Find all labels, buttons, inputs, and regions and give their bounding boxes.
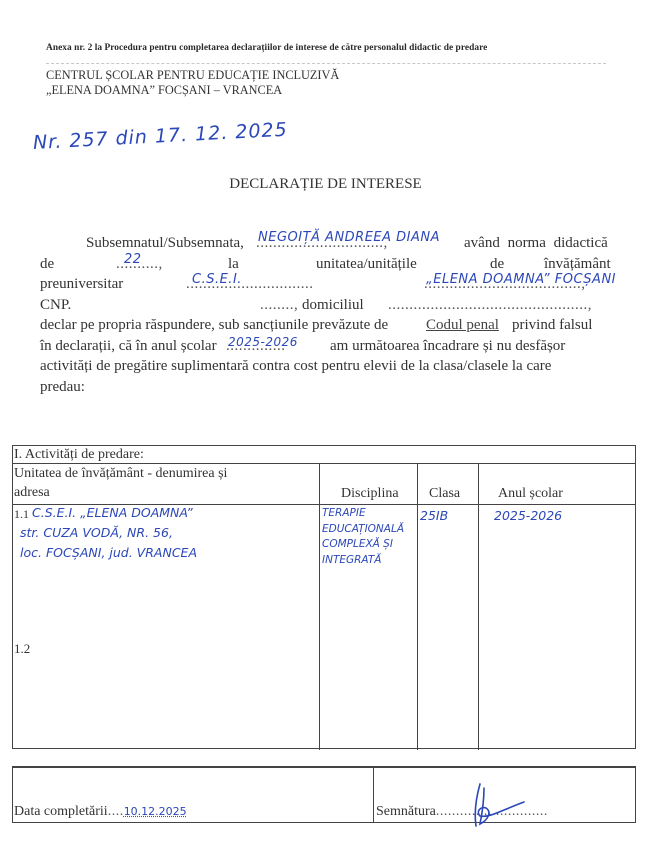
table-section-title: I. Activități de predare: (13, 446, 635, 464)
date-cell[interactable]: Data completării....10.12.2025 (13, 768, 374, 822)
org-line-2: „ELENA DOAMNA” FOCȘANI – VRANCEA (46, 83, 339, 98)
declaration-body: Subsemnatul/Subsemnata, ................… (40, 233, 618, 397)
row-1-1-school-year: 2025-2026 (494, 506, 562, 526)
am-text: am următoarea încadrare și nu desfășor (330, 336, 565, 357)
row-1-1-class: 25IB (420, 506, 448, 526)
declar-text-2: privind falsul (512, 315, 592, 336)
line-cnp: CNP. ........, domiciliul ..............… (40, 295, 618, 316)
domiciliu-field[interactable]: ........................................… (388, 295, 592, 316)
cell-unit[interactable]: 1.1 C.S.E.I. „ELENA DOAMNA” str. CUZA VO… (13, 505, 320, 750)
avand-label: având norma didactică (464, 233, 608, 254)
organization-name: CENTRUL ȘCOLAR PENTRU EDUCAȚIE INCLUZIVĂ… (46, 68, 339, 98)
unit-value-1: C.S.E.I. (192, 270, 242, 291)
divider (46, 63, 606, 64)
line-declar: declar pe propria răspundere, sub sancți… (40, 315, 618, 336)
signature-icon (440, 780, 530, 830)
line-unit: preuniversitar .........................… (40, 274, 618, 295)
cnp-label: CNP. (40, 295, 71, 316)
school-year-value: 2025-2026 (228, 332, 298, 353)
activities-table: I. Activități de predare: Unitatea de în… (12, 445, 636, 749)
unit-value-2: „ELENA DOAMNA” FOCȘANI (426, 270, 616, 291)
line-activitati: activități de pregătire suplimentară con… (40, 356, 618, 377)
col-header-discipline: Disciplina (319, 464, 418, 504)
cell-discipline[interactable]: TERAPIE EDUCAȚIONALĂ COMPLEXĂ ȘI INTEGRA… (319, 505, 418, 750)
line-predau: predau: (40, 377, 618, 398)
footer-table: Data completării....10.12.2025 Semnătura… (12, 766, 636, 823)
col-header-unit: Unitatea de învățământ - denumirea și ad… (13, 464, 320, 504)
activitati-text: activități de pregătire suplimentară con… (40, 356, 551, 377)
preuniversitar-label: preuniversitar (40, 274, 123, 295)
annex-header: Anexa nr. 2 la Procedura pentru completa… (46, 43, 487, 53)
unitatea-label: unitatea/unitățile (316, 254, 417, 275)
domiciliul-label: domiciliul (302, 295, 364, 316)
row-index-1-1: 1.1 (14, 507, 29, 522)
declar-text: declar pe propria răspundere, sub sancți… (40, 315, 388, 336)
cnp-field[interactable]: ........, (260, 295, 298, 316)
name-value: NEGOIȚĂ ANDREEA DIANA (258, 228, 440, 249)
date-label: Data completării....10.12.2025 (14, 804, 187, 820)
registration-number: Nr. 257 din 17. 12. 2025 (32, 119, 288, 154)
in-declaratii-text: în declarații, că în anul școlar (40, 336, 217, 357)
cell-school-year[interactable]: 2025-2026 (478, 505, 635, 750)
col-header-school-year: Anul școlar (478, 464, 635, 504)
row-1-1-discipline: TERAPIE EDUCAȚIONALĂ COMPLEXĂ ȘI INTEGRA… (322, 506, 404, 568)
col-header-class: Clasa (417, 464, 479, 504)
norma-value: 22 (124, 250, 142, 271)
cell-class[interactable]: 25IB (417, 505, 479, 750)
subsemnatul-label: Subsemnatul/Subsemnata, (86, 233, 244, 254)
table-body: 1.1 C.S.E.I. „ELENA DOAMNA” str. CUZA VO… (13, 505, 635, 750)
date-value: 10.12.2025 (124, 805, 187, 818)
page-title: DECLARAȚIE DE INTERESE (0, 176, 651, 193)
row-index-1-2: 1.2 (14, 641, 30, 657)
row-1-1-unit: C.S.E.I. „ELENA DOAMNA” str. CUZA VODĂ, … (32, 503, 197, 563)
org-line-1: CENTRUL ȘCOLAR PENTRU EDUCAȚIE INCLUZIVĂ (46, 68, 339, 83)
de-label: de (40, 254, 54, 275)
predau-text: predau: (40, 377, 85, 398)
table-header-row: Unitatea de învățământ - denumirea și ad… (13, 464, 635, 505)
line-school-year: în declarații, că în anul școlar .......… (40, 336, 618, 357)
codul-penal-link[interactable]: Codul penal (426, 315, 499, 336)
